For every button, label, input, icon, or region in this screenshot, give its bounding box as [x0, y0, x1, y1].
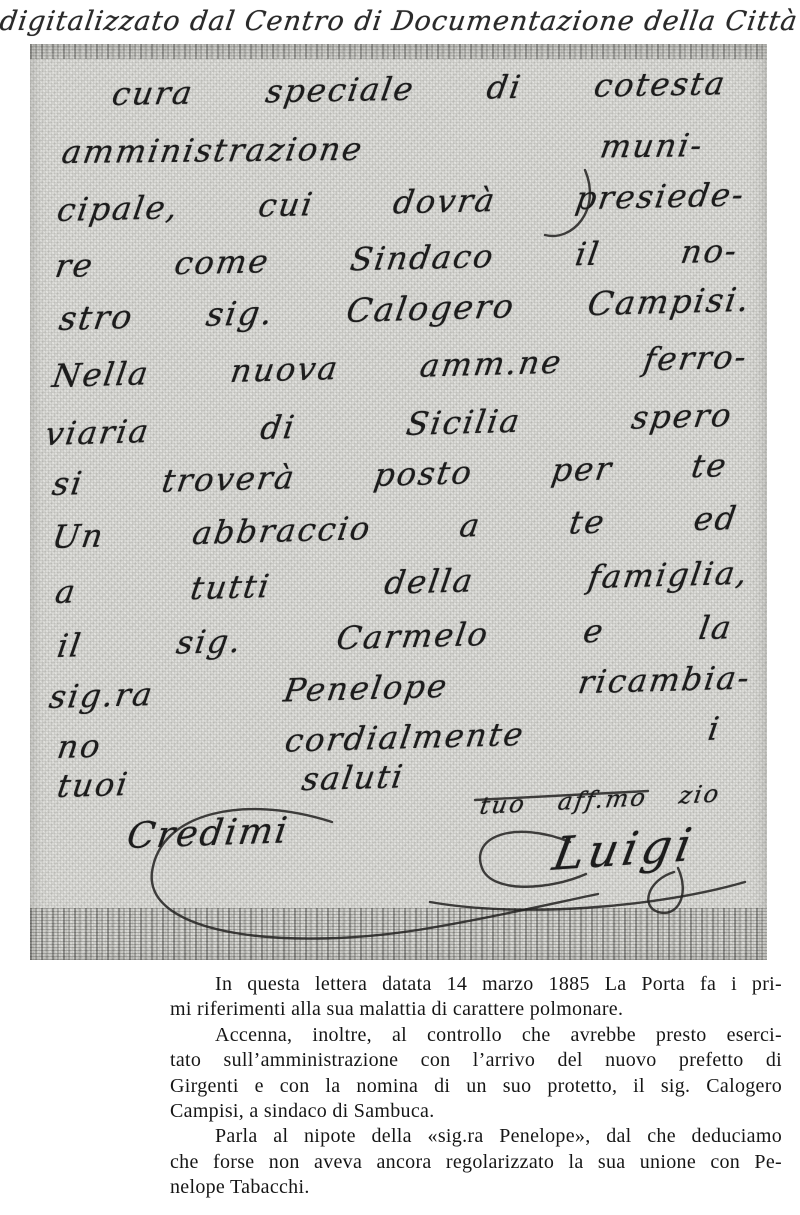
- handwritten-line: il sig. Carmelo e la: [55, 611, 735, 663]
- commentary-line: mi riferimenti alla sua malattia di cara…: [170, 997, 782, 1022]
- commentary-line: Parla al nipote della «sig.ra Penelope»,…: [170, 1124, 782, 1149]
- handwritten-signature: Luigi: [549, 820, 699, 878]
- commentary-text: In questa lettera datata 14 marzo 1885 L…: [170, 972, 782, 1201]
- commentary-line: tato sull’amministrazione con l’arrivo d…: [170, 1048, 782, 1073]
- handwritten-line: cipale, cui dovrà presiede-: [55, 178, 748, 227]
- handwritten-line: a tutti della famiglia,: [53, 557, 751, 610]
- commentary-line: In questa lettera datata 14 marzo 1885 L…: [170, 972, 782, 997]
- handwritten-line: no cordialmente i: [55, 713, 723, 765]
- letter-scan: cura speciale di cotesta amministrazione…: [30, 44, 767, 960]
- handwritten-line: Nella nuova amm.ne ferro-: [50, 341, 750, 394]
- handwritten-line: Un abbraccio a te ed: [50, 502, 740, 555]
- commentary-line: nelope Tabacchi.: [170, 1175, 782, 1200]
- handwritten-line: re come Sindaco il no-: [53, 235, 741, 284]
- commentary-line: Accenna, inoltre, al controllo che avreb…: [170, 1023, 782, 1048]
- commentary-line: Girgenti e con la nomina di un suo prote…: [170, 1074, 782, 1099]
- commentary-line: Campisi, a sindaco di Sambuca.: [170, 1099, 782, 1124]
- handwritten-line: sig.ra Penelope ricambia-: [47, 662, 753, 715]
- handwritten-line: tuoi saluti: [55, 760, 407, 803]
- scan-edge-bottom: [30, 908, 767, 960]
- commentary-line: che forse non aveva ancora regolarizzato…: [170, 1150, 782, 1175]
- handwritten-valediction: tuo aff.mo zio: [478, 782, 722, 820]
- scan-edge-top: [30, 44, 767, 59]
- handwritten-line: stro sig. Calogero Campisi.: [57, 283, 753, 337]
- handwritten-line: viaria di Sicilia spero: [43, 399, 735, 452]
- handwritten-line: amministrazione muni-: [59, 129, 706, 169]
- handwritten-line: si troverà posto per te: [50, 449, 730, 501]
- handwritten-closing: Credimi: [125, 812, 292, 855]
- handwritten-line: cura speciale di cotesta: [110, 67, 729, 111]
- digitization-credit: digitalizzato dal Centro di Documentazio…: [0, 6, 800, 37]
